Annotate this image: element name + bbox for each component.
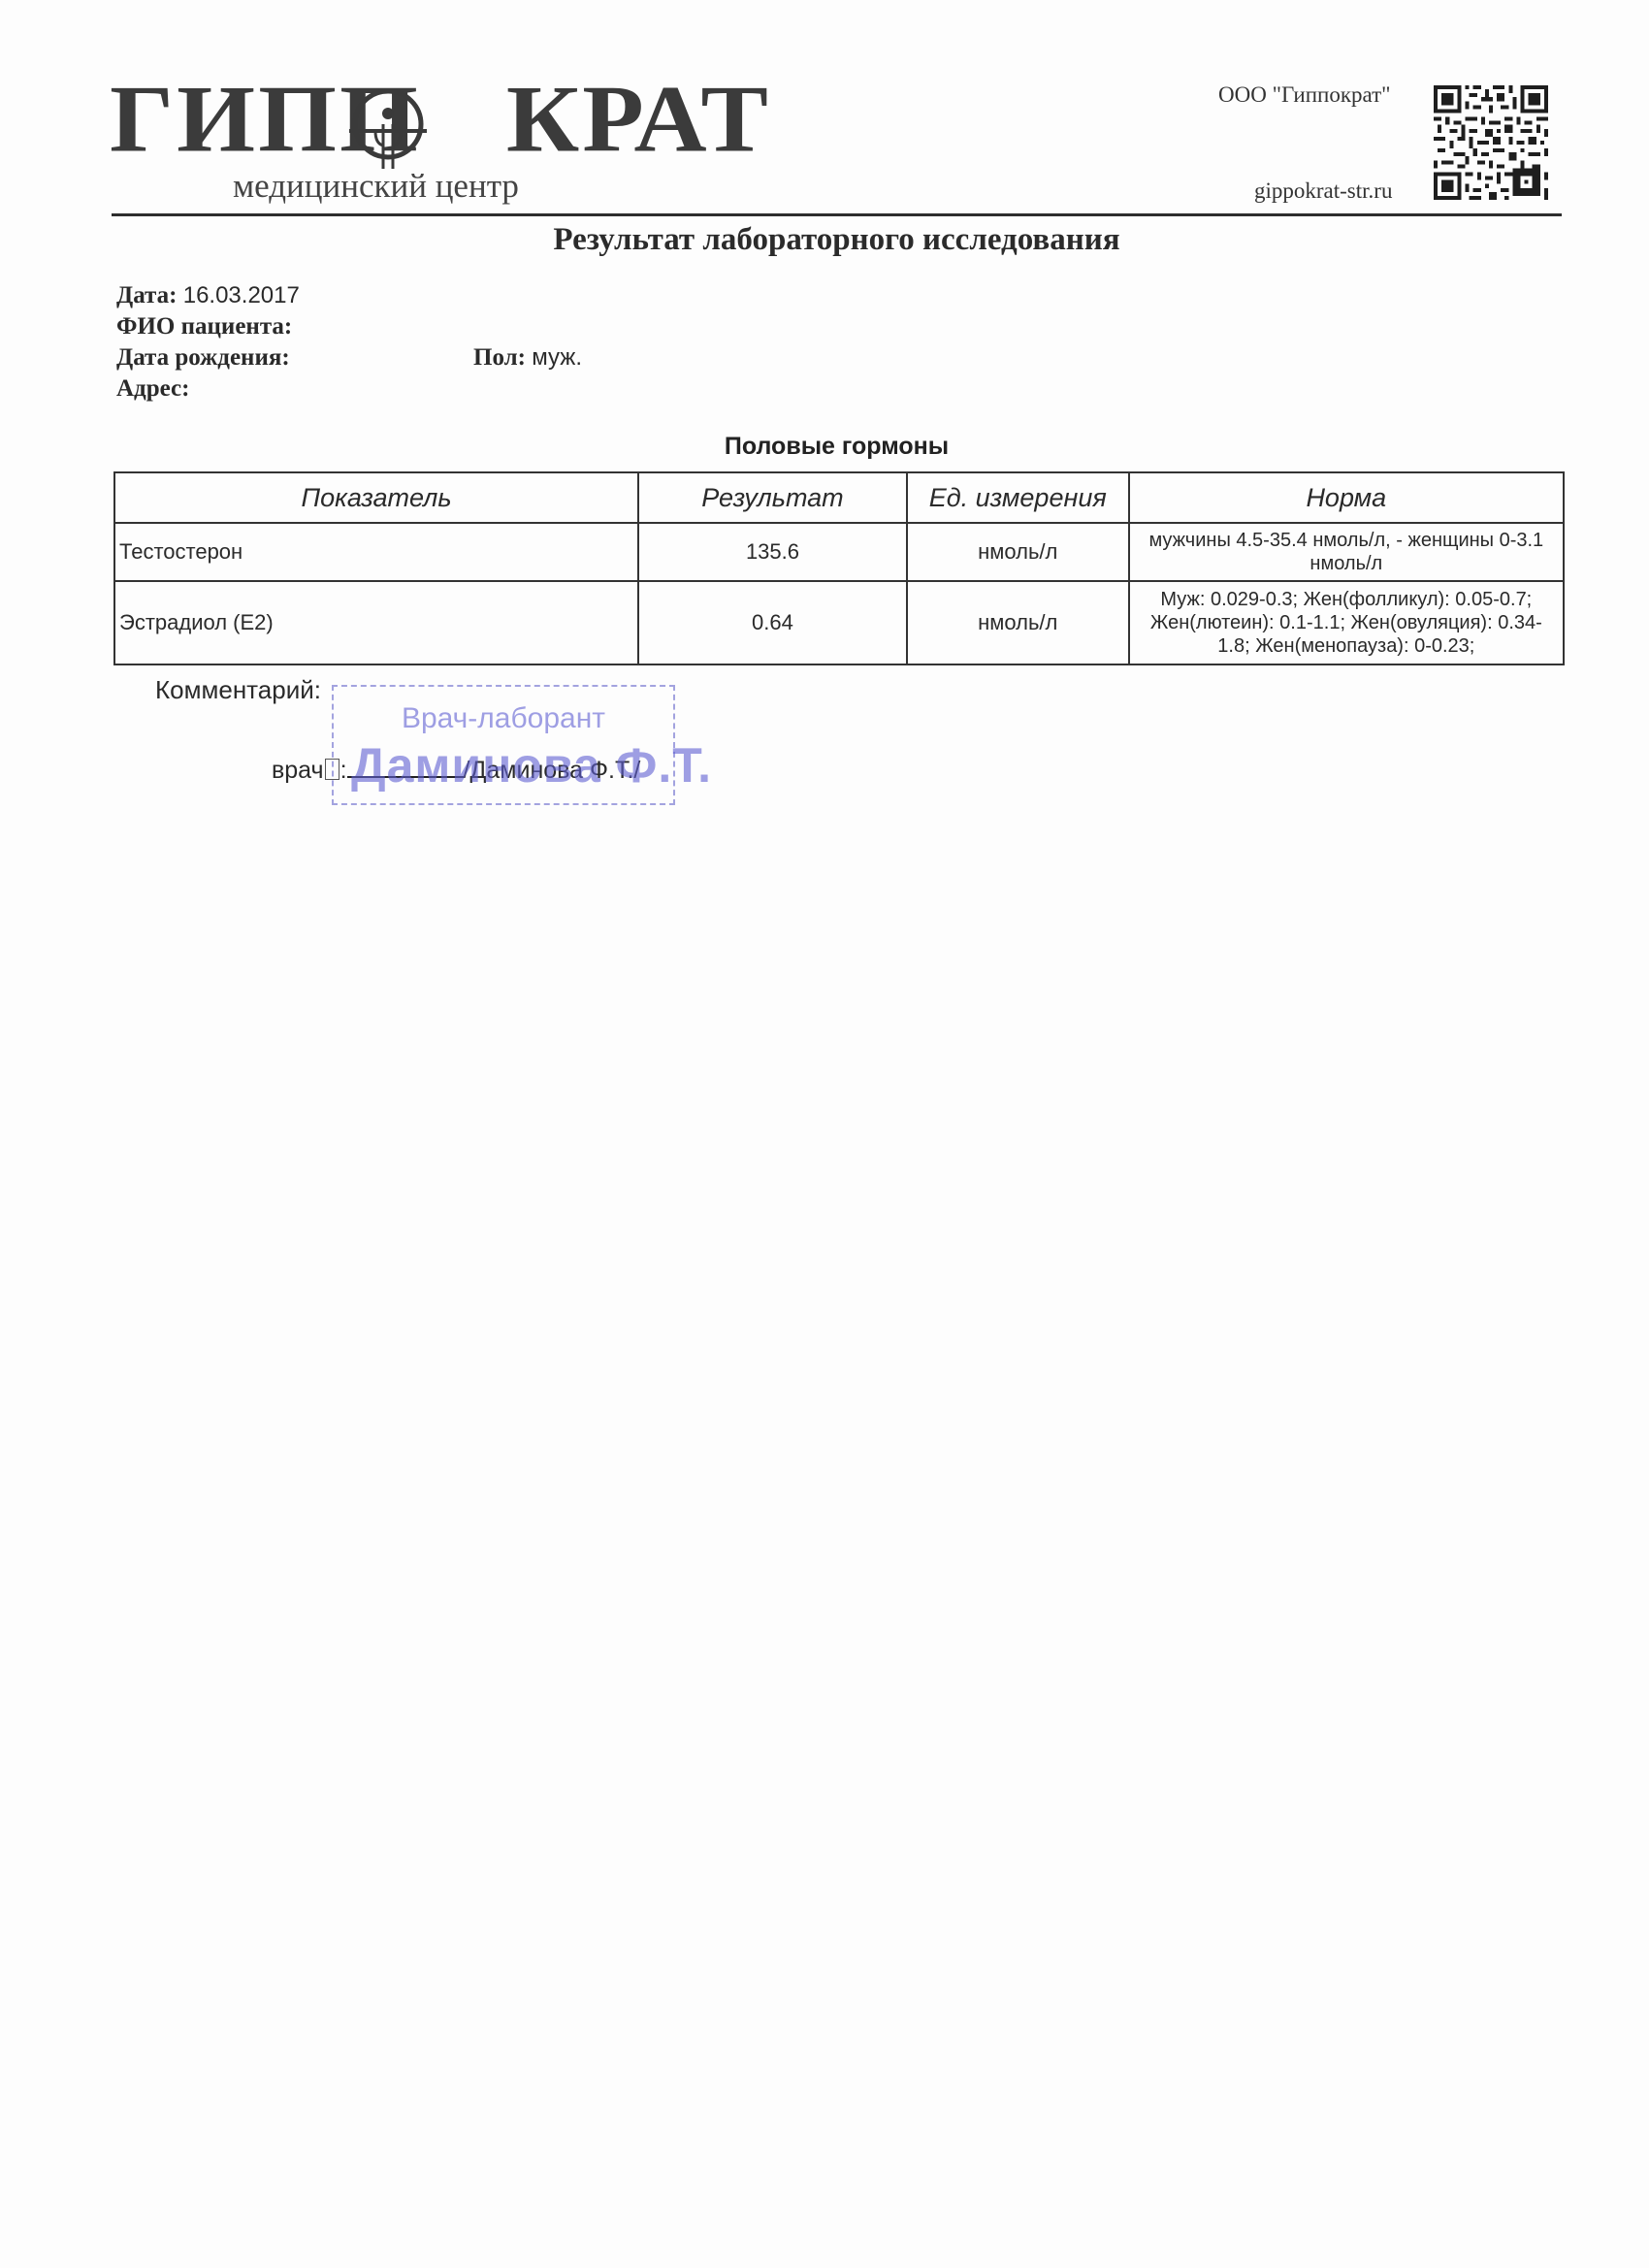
logo-emblem-icon — [349, 87, 427, 169]
unit-value: нмоль/л — [907, 581, 1129, 664]
table-row: Эстрадиол (Е2) 0.64 нмоль/л Муж: 0.029-0… — [114, 581, 1564, 664]
stamp-title: Врач-лаборант — [334, 702, 673, 735]
website-link[interactable]: gippokrat-str.ru — [1254, 178, 1392, 204]
header-divider — [112, 213, 1562, 216]
indicator-name: Эстрадиол (Е2) — [114, 581, 638, 664]
address-row: Адрес: — [116, 375, 189, 403]
doctor-label: врач — [272, 757, 324, 784]
organization-name: ООО "Гиппократ" — [1218, 82, 1391, 108]
table-row: Тестостерон 135.6 нмоль/л мужчины 4.5-35… — [114, 523, 1564, 581]
result-value: 0.64 — [638, 581, 907, 664]
address-label: Адрес: — [116, 375, 189, 402]
stamp-name: Даминова Ф.Т. — [351, 737, 712, 794]
result-value: 135.6 — [638, 523, 907, 581]
norm-value: Муж: 0.029-0.3; Жен(фолликул): 0.05-0.7;… — [1129, 581, 1564, 664]
results-table: Показатель Результат Ед. измерения Норма… — [113, 471, 1565, 665]
column-header-norm: Норма — [1129, 472, 1564, 523]
section-title: Половые гормоны — [0, 433, 1649, 461]
birth-date-row: Дата рождения: — [116, 344, 290, 372]
sex-value: муж. — [532, 344, 582, 371]
logo-subtitle: медицинский центр — [233, 167, 519, 206]
birth-date-label: Дата рождения: — [116, 344, 290, 371]
date-row: Дата: 16.03.2017 — [116, 282, 300, 309]
date-value: 16.03.2017 — [183, 282, 300, 308]
document-title: Результат лабораторного исследования — [0, 222, 1649, 258]
norm-value: мужчины 4.5-35.4 нмоль/л, - женщины 0-3.… — [1129, 523, 1564, 581]
patient-name-label: ФИО пациента: — [116, 313, 292, 340]
column-header-unit: Ед. измерения — [907, 472, 1129, 523]
sex-label: Пол: — [473, 344, 526, 371]
logo-wordmark: ГИППКРАТ — [110, 72, 771, 168]
doctor-stamp: Врач-лаборант Даминова Ф.Т. — [332, 685, 675, 805]
logo-text-right: КРАТ — [506, 66, 771, 172]
table-header-row: Показатель Результат Ед. измерения Норма — [114, 472, 1564, 523]
sex-row: Пол: муж. — [473, 344, 582, 372]
column-header-indicator: Показатель — [114, 472, 638, 523]
date-label: Дата: — [116, 282, 177, 308]
indicator-name: Тестостерон — [114, 523, 638, 581]
unit-value: нмоль/л — [907, 523, 1129, 581]
qr-code-icon[interactable] — [1434, 85, 1548, 200]
column-header-result: Результат — [638, 472, 907, 523]
patient-name-row: ФИО пациента: — [116, 313, 292, 340]
comment-label: Комментарий: — [155, 675, 321, 705]
